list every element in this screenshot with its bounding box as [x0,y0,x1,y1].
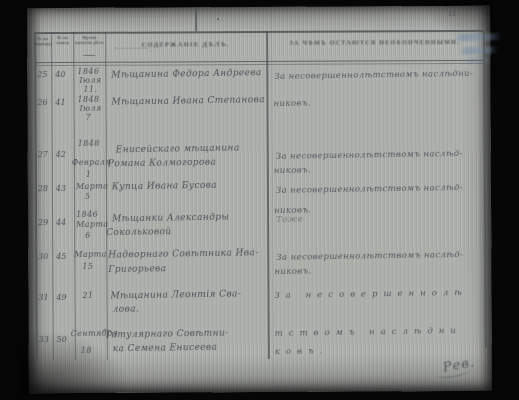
header-content: СОДЕРЖАНІЕ ДѢЛЪ. [105,41,266,49]
row-content: лова. [112,304,139,314]
row-register-no: 41 [53,98,67,107]
header-dash [83,55,95,56]
column-divider [73,32,76,360]
row-register-no: 42 [54,150,68,159]
row-date-month: Февраля [72,158,111,168]
column-divider [51,32,54,360]
row-reason: За несовершеннолѣтствомъ наслѣдни- [274,69,473,82]
row-order-no: 27 [36,150,50,159]
row-content: Григорьева [108,264,166,275]
row-content: Мѣщанина Ивана Степанова [111,95,265,107]
row-register-no: 44 [54,218,68,227]
row-content: Мѣщанина Леонтія Сва- [110,289,241,301]
fold-line [195,7,197,31]
row-date-day: 15 [82,262,93,271]
row-date-year: 1848 [77,95,99,104]
row-date-month: Марта [74,250,107,260]
row-register-no: 45 [54,252,68,261]
row-date-month: Марта [76,220,109,230]
header-register-no: № по описи [52,35,73,45]
row-order-no: 25 [35,70,49,79]
ledger-page: 13. № по порядку № по описи Время начаті… [27,6,492,393]
row-date-year: 1848 [78,139,100,148]
row-order-no: 26 [35,98,49,107]
ink-dot [217,18,219,20]
row-content: Енисейскаго мѣщанина [116,143,240,155]
row-date-day: 7 [85,113,91,122]
row-content: Купца Ивана Бусова [112,181,217,193]
pencil-mark [459,46,497,55]
document-photo: 13. № по порядку № по описи Время начаті… [0,0,519,400]
table-border-top [34,30,483,34]
column-divider [266,31,269,359]
row-date-day: 1 [86,170,92,179]
row-date-year: 1846 [76,210,98,219]
row-reason: За несовершеннолѣ [274,288,467,301]
row-order-no: 28 [36,184,50,193]
page-number: 13. [448,10,457,18]
header-order-no: № по порядку [34,36,51,46]
row-date-month: Іюля [79,76,101,85]
signature-flourish [436,366,471,380]
table-border-right [483,30,486,348]
row-reason: Тоже [276,215,303,225]
row-order-no: 33 [37,335,51,344]
header-reason: ЗА ЧѢМЪ ОСТАЮТСЯ НЕОКОНЧЕННЫМИ. [266,40,483,47]
row-content: Романа Колмогорова [108,158,217,170]
row-content: Сокольковой [106,227,172,238]
row-reason: За несовершеннолѣтствомъ наслѣд- [276,183,463,196]
row-reason: никовъ. [274,166,312,177]
row-content: Мѣщанина Федора Андреева [111,68,262,80]
row-date-day: 6 [85,231,91,240]
row-date-month: Іюля [79,104,101,113]
row-date-month: Марта [76,182,109,192]
row-register-no: 50 [55,335,69,344]
row-date-day: 5 [85,192,91,201]
row-register-no: 43 [54,184,68,193]
row-reason: никовъ. [273,99,311,110]
row-date-day: 21 [82,291,93,300]
row-order-no: 30 [36,252,50,261]
row-register-no: 40 [53,70,67,79]
row-content: Титулярнаго Совѣтни- [105,329,229,341]
row-content: ка Семена Енисеева [113,343,218,355]
table-border-left [34,32,37,360]
row-content: Надворнаго Совѣтника Ива- [108,248,258,260]
column-divider [105,32,108,360]
row-register-no: 49 [54,293,68,302]
row-reason: За несовершеннолѣтствомъ наслѣд- [276,250,463,263]
header-date: Время начатія дѣлъ [74,35,105,45]
row-reason: ковъ. [275,346,329,357]
row-reason: За несовершеннолѣтствомъ наслѣд- [276,149,463,162]
row-date-day: 11. [83,85,97,94]
row-reason: никовъ. [274,267,312,278]
row-order-no: 29 [36,218,50,227]
row-date-day: 18 [81,346,92,355]
row-order-no: 31 [36,293,50,302]
header-underline-2 [34,63,483,66]
row-reason: тствомъ наслѣдни [275,326,462,339]
row-content: Мѣщанки Александры [112,213,229,225]
row-date-year: 1846 [77,67,99,76]
